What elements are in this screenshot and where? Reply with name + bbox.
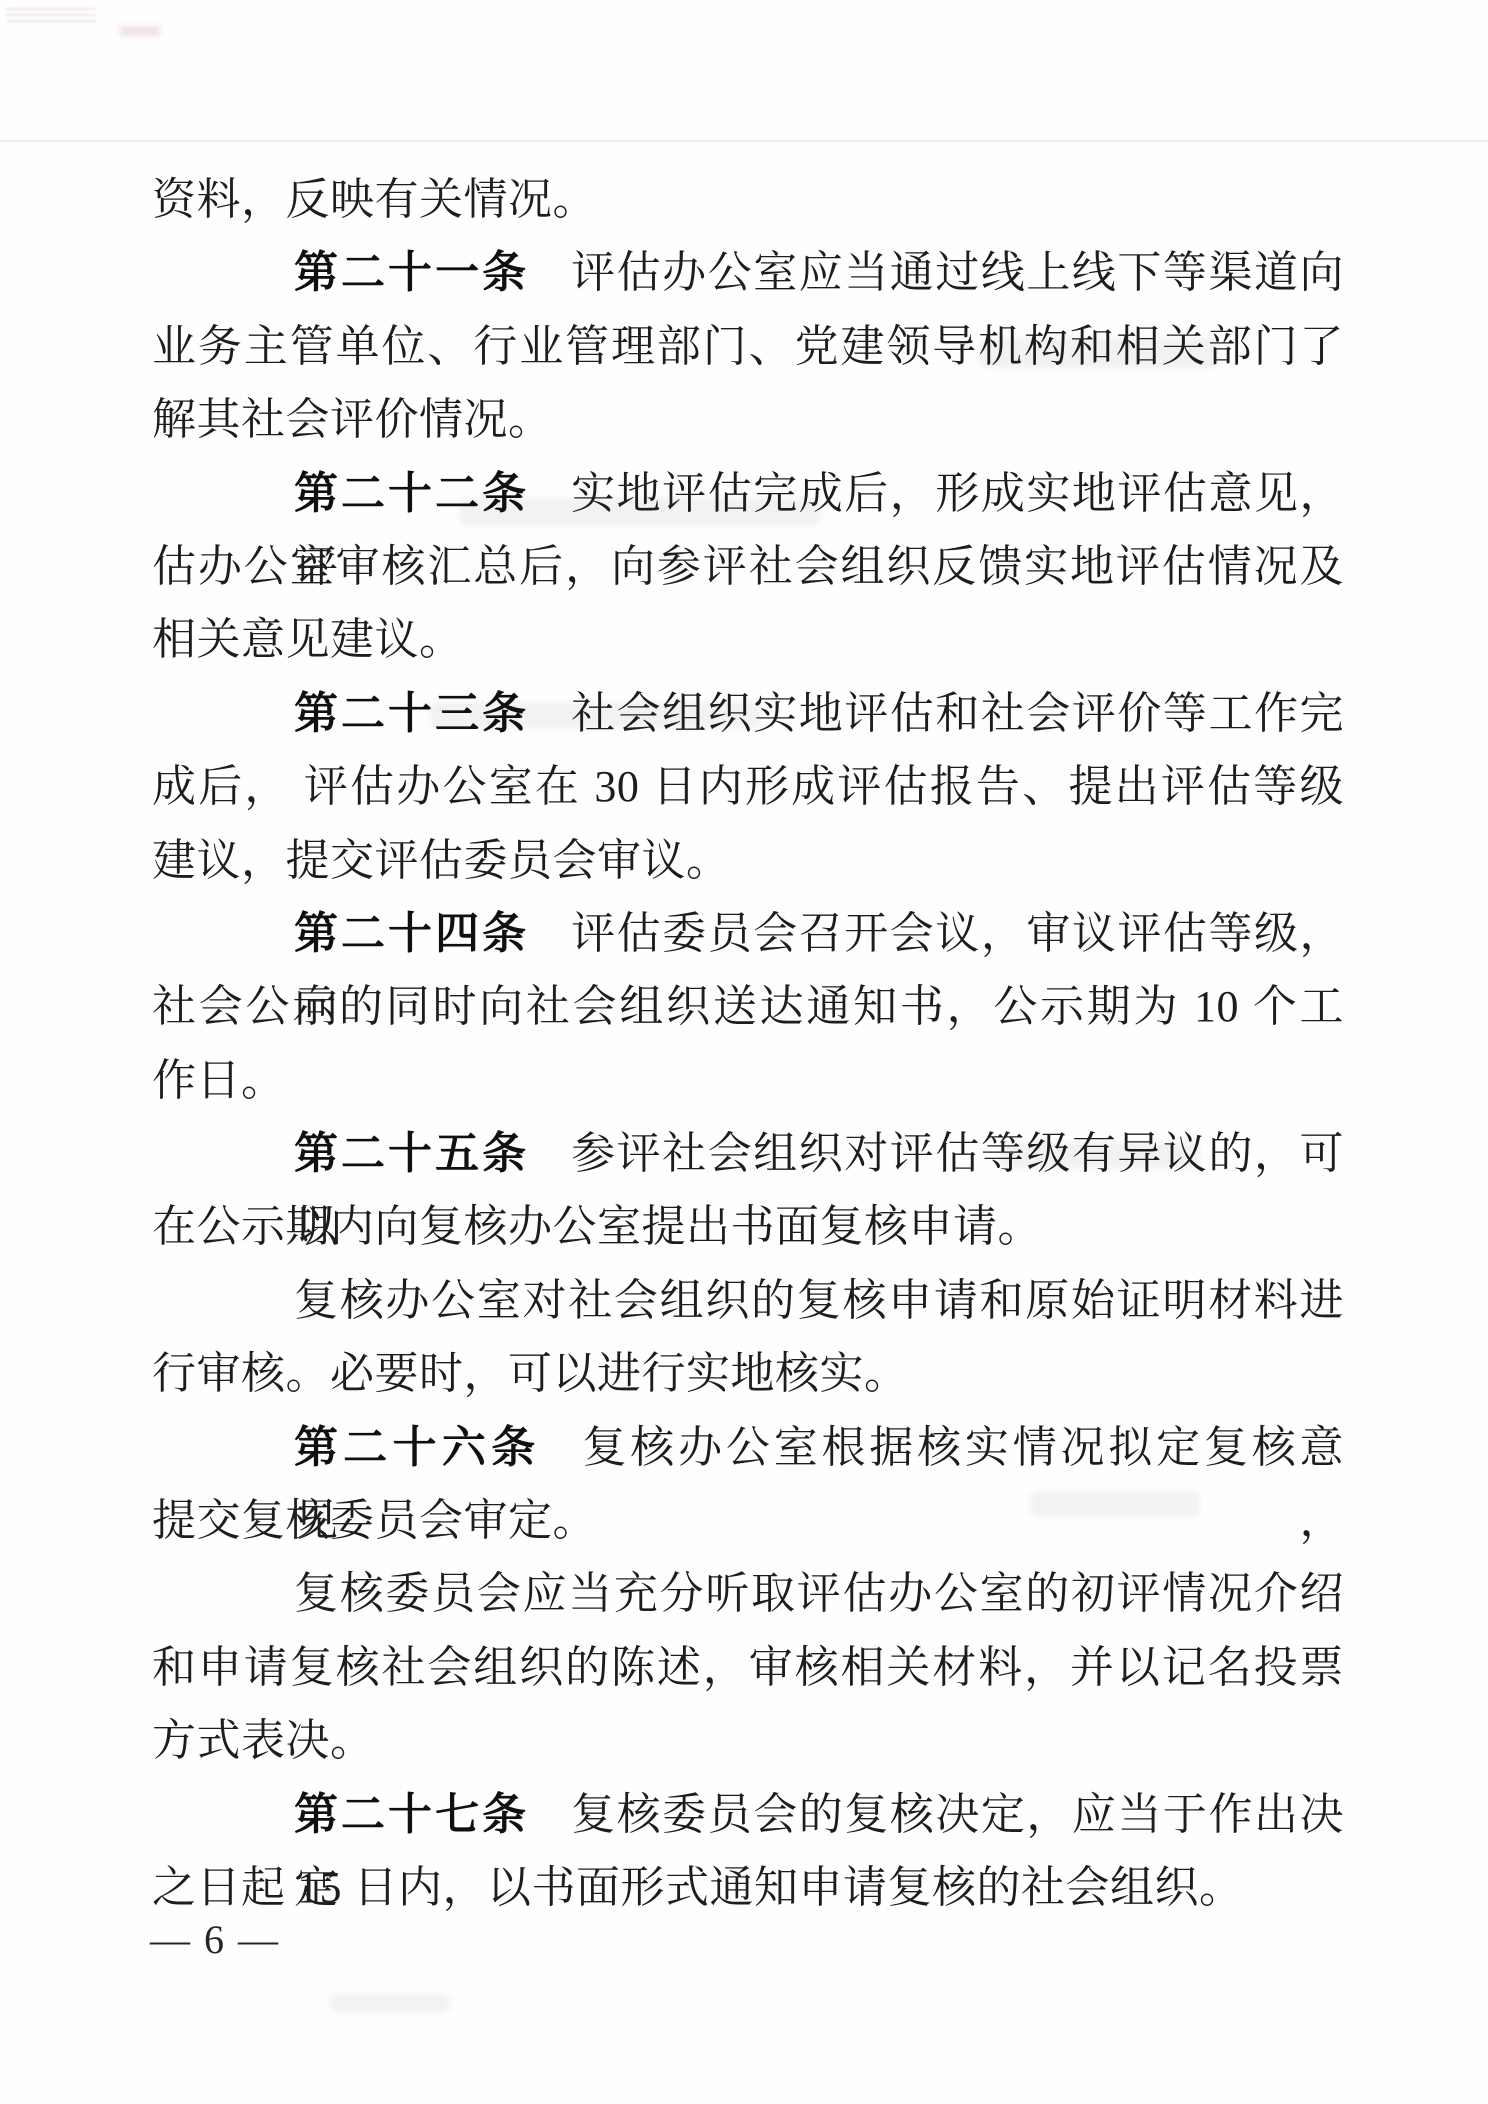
document-page: 资料，反映有关情况。 第二十一条评估办公室应当通过线上线下等渠道向 业务主管单位… bbox=[0, 0, 1488, 2104]
text-line: 业务主管单位、行业管理部门、党建领导机构和相关部门了 bbox=[152, 310, 1344, 383]
text-line: 第二十七条复核委员会的复核决定，应当于作出决定 bbox=[152, 1778, 1344, 1851]
text-line: 成后， 评估办公室在 30 日内形成评估报告、提出评估等级 bbox=[152, 750, 1344, 823]
scan-red-smudge bbox=[120, 26, 160, 36]
article-number: 第二十一条 bbox=[294, 248, 529, 297]
text-line: 估办公室审核汇总后，向参评社会组织反馈实地评估情况及 bbox=[152, 530, 1344, 603]
text-line: 和申请复核社会组织的陈述，审核相关材料，并以记名投票 bbox=[152, 1631, 1344, 1704]
scan-ghost-text bbox=[330, 1994, 450, 2012]
document-body: 资料，反映有关情况。 第二十一条评估办公室应当通过线上线下等渠道向 业务主管单位… bbox=[152, 163, 1344, 1924]
text-line: 解其社会评价情况。 bbox=[152, 383, 1344, 456]
text-line: 方式表决。 bbox=[152, 1704, 1344, 1777]
text-line: 之日起 15 日内，以书面形式通知申请复核的社会组织。 bbox=[152, 1851, 1344, 1924]
text-line: 作日。 bbox=[152, 1044, 1344, 1117]
text-line: 第二十一条评估办公室应当通过线上线下等渠道向 bbox=[152, 236, 1344, 309]
text-line: 第二十六条复核办公室根据核实情况拟定复核意见， bbox=[152, 1411, 1344, 1484]
text-line: 资料，反映有关情况。 bbox=[152, 163, 1344, 236]
page-number: — 6 — bbox=[150, 1916, 280, 1964]
text-line: 第二十四条评估委员会召开会议，审议评估等级，向 bbox=[152, 897, 1344, 970]
text-line: 社会公示的同时向社会组织送达通知书，公示期为 10 个工 bbox=[152, 970, 1344, 1043]
scan-red-marks bbox=[6, 8, 96, 24]
text-line: 在公示期内向复核办公室提出书面复核申请。 bbox=[152, 1190, 1344, 1263]
article-number: 第二十五条 bbox=[294, 1129, 529, 1178]
article-number: 第二十四条 bbox=[294, 909, 529, 958]
text-line: 行审核。必要时，可以进行实地核实。 bbox=[152, 1337, 1344, 1410]
article-number: 第二十二条 bbox=[294, 469, 529, 518]
scan-fold-line bbox=[0, 140, 1488, 142]
article-number: 第二十七条 bbox=[294, 1790, 529, 1839]
text-line: 第二十三条社会组织实地评估和社会评价等工作完 bbox=[152, 677, 1344, 750]
article-number: 第二十六条 bbox=[294, 1423, 541, 1472]
article-number: 第二十三条 bbox=[294, 689, 529, 738]
text-line: 复核办公室对社会组织的复核申请和原始证明材料进 bbox=[152, 1264, 1344, 1337]
text-line: 第二十二条实地评估完成后，形成实地评估意见，评 bbox=[152, 457, 1344, 530]
text-line: 相关意见建议。 bbox=[152, 603, 1344, 676]
text-line: 复核委员会应当充分听取评估办公室的初评情况介绍 bbox=[152, 1557, 1344, 1630]
text-line: 建议，提交评估委员会审议。 bbox=[152, 824, 1344, 897]
text-line: 第二十五条参评社会组织对评估等级有异议的，可以 bbox=[152, 1117, 1344, 1190]
